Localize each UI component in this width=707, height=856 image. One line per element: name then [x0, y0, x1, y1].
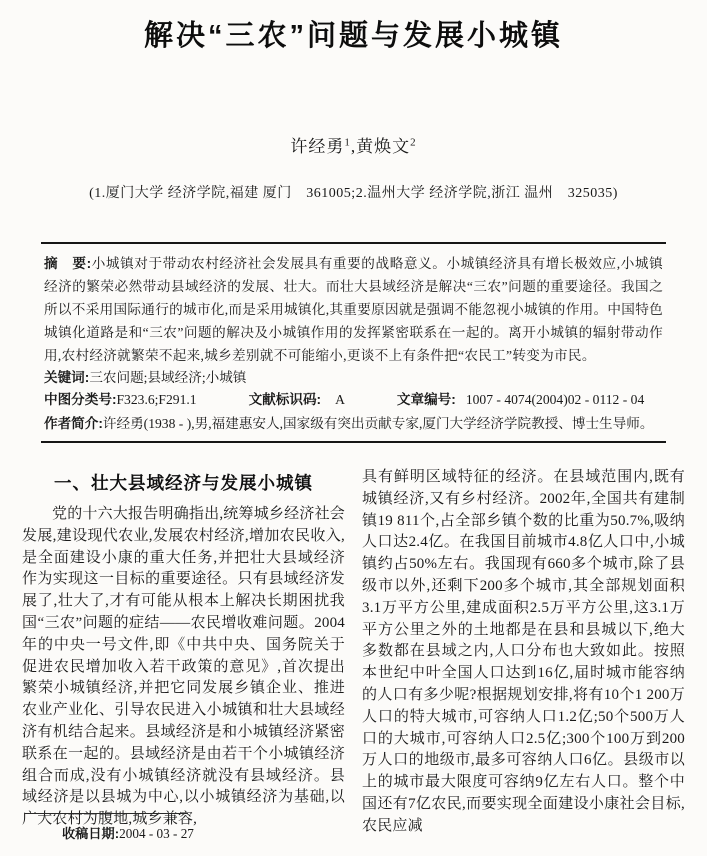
left-paragraph: 党的十六大报告明确指出,统筹城乡经济社会发展,建设现代农业,发展农村经济,增加农… [22, 504, 345, 831]
abstract-block: 摘 要:小城镇对于带动农村经济社会发展具有重要的战略意义。小城镇经济具有增长极效… [41, 242, 666, 443]
article-id-value: 1007 - 4074(2004)02 - 0112 - 04 [466, 392, 644, 407]
abstract-label: 摘 要: [44, 256, 91, 271]
section-heading: 一、壮大县域经济与发展小城镇 [22, 470, 345, 495]
abstract-text: 小城镇对于带动农村经济社会发展具有重要的战略意义。小城镇经济具有增长极效应,小城… [44, 256, 663, 363]
received-value: 2004 - 03 - 27 [119, 826, 194, 841]
paper-page: 解决“三农”问题与发展小城镇 许经勇1,黄焕文2 (1.厦门大学 经济学院,福建… [0, 0, 707, 856]
article-id-label: 文章编号: [397, 392, 456, 407]
paper-title: 解决“三农”问题与发展小城镇 [0, 13, 707, 54]
clc-label: 中图分类号: [44, 392, 117, 407]
author-name-1: 许经勇 [290, 137, 344, 156]
right-column: 具有鲜明区域特征的经济。在县域范围内,既有城镇经济,又有乡村经济。2002年,全… [362, 467, 685, 838]
article-id-segment: 文章编号:1007 - 4074(2004)02 - 0112 - 04 [397, 392, 644, 407]
footnote-rule [25, 813, 188, 814]
received-line: 收稿日期:2004 - 03 - 27 [62, 823, 355, 842]
bio-label: 作者简介: [44, 416, 103, 431]
right-paragraph: 具有鲜明区域特征的经济。在县域范围内,既有城镇经济,又有乡村经济。2002年,全… [362, 467, 685, 838]
author-name-2: 黄焕文 [356, 137, 410, 156]
bio-line: 作者简介:许经勇(1938 - ),男,福建惠安人,国家级有突出贡献专家,厦门大… [44, 413, 663, 435]
abstract-paragraph: 摘 要:小城镇对于带动农村经济社会发展具有重要的战略意义。小城镇经济具有增长极效… [44, 252, 663, 367]
left-column: 一、壮大县域经济与发展小城镇 党的十六大报告明确指出,统筹城乡经济社会发展,建设… [22, 467, 345, 838]
doc-code-label: 文献标识码: [249, 392, 322, 407]
classification-row: 中图分类号:F323.6;F291.1文献标识码:A文章编号:1007 - 40… [44, 389, 663, 411]
clc-segment: 中图分类号:F323.6;F291.1 [44, 392, 197, 407]
keywords-label: 关键词: [44, 370, 89, 385]
doc-code-value: A [335, 392, 345, 407]
keywords-text: 三农问题;县域经济;小城镇 [89, 370, 246, 385]
clc-value: F323.6;F291.1 [117, 392, 197, 407]
footnote: 收稿日期:2004 - 03 - 27 [25, 813, 355, 842]
received-label: 收稿日期: [62, 826, 119, 841]
body-columns: 一、壮大县域经济与发展小城镇 党的十六大报告明确指出,统筹城乡经济社会发展,建设… [0, 467, 707, 838]
bio-text: 许经勇(1938 - ),男,福建惠安人,国家级有突出贡献专家,厦门大学经济学院… [103, 416, 654, 431]
affiliation-line: (1.厦门大学 经济学院,福建 厦门 361005;2.温州大学 经济学院,浙江… [0, 182, 707, 202]
authors-line: 许经勇1,黄焕文2 [0, 132, 707, 157]
keywords-line: 关键词:三农问题;县域经济;小城镇 [44, 367, 663, 389]
doc-code-segment: 文献标识码:A [249, 392, 345, 407]
author-sup-2: 2 [410, 136, 417, 148]
